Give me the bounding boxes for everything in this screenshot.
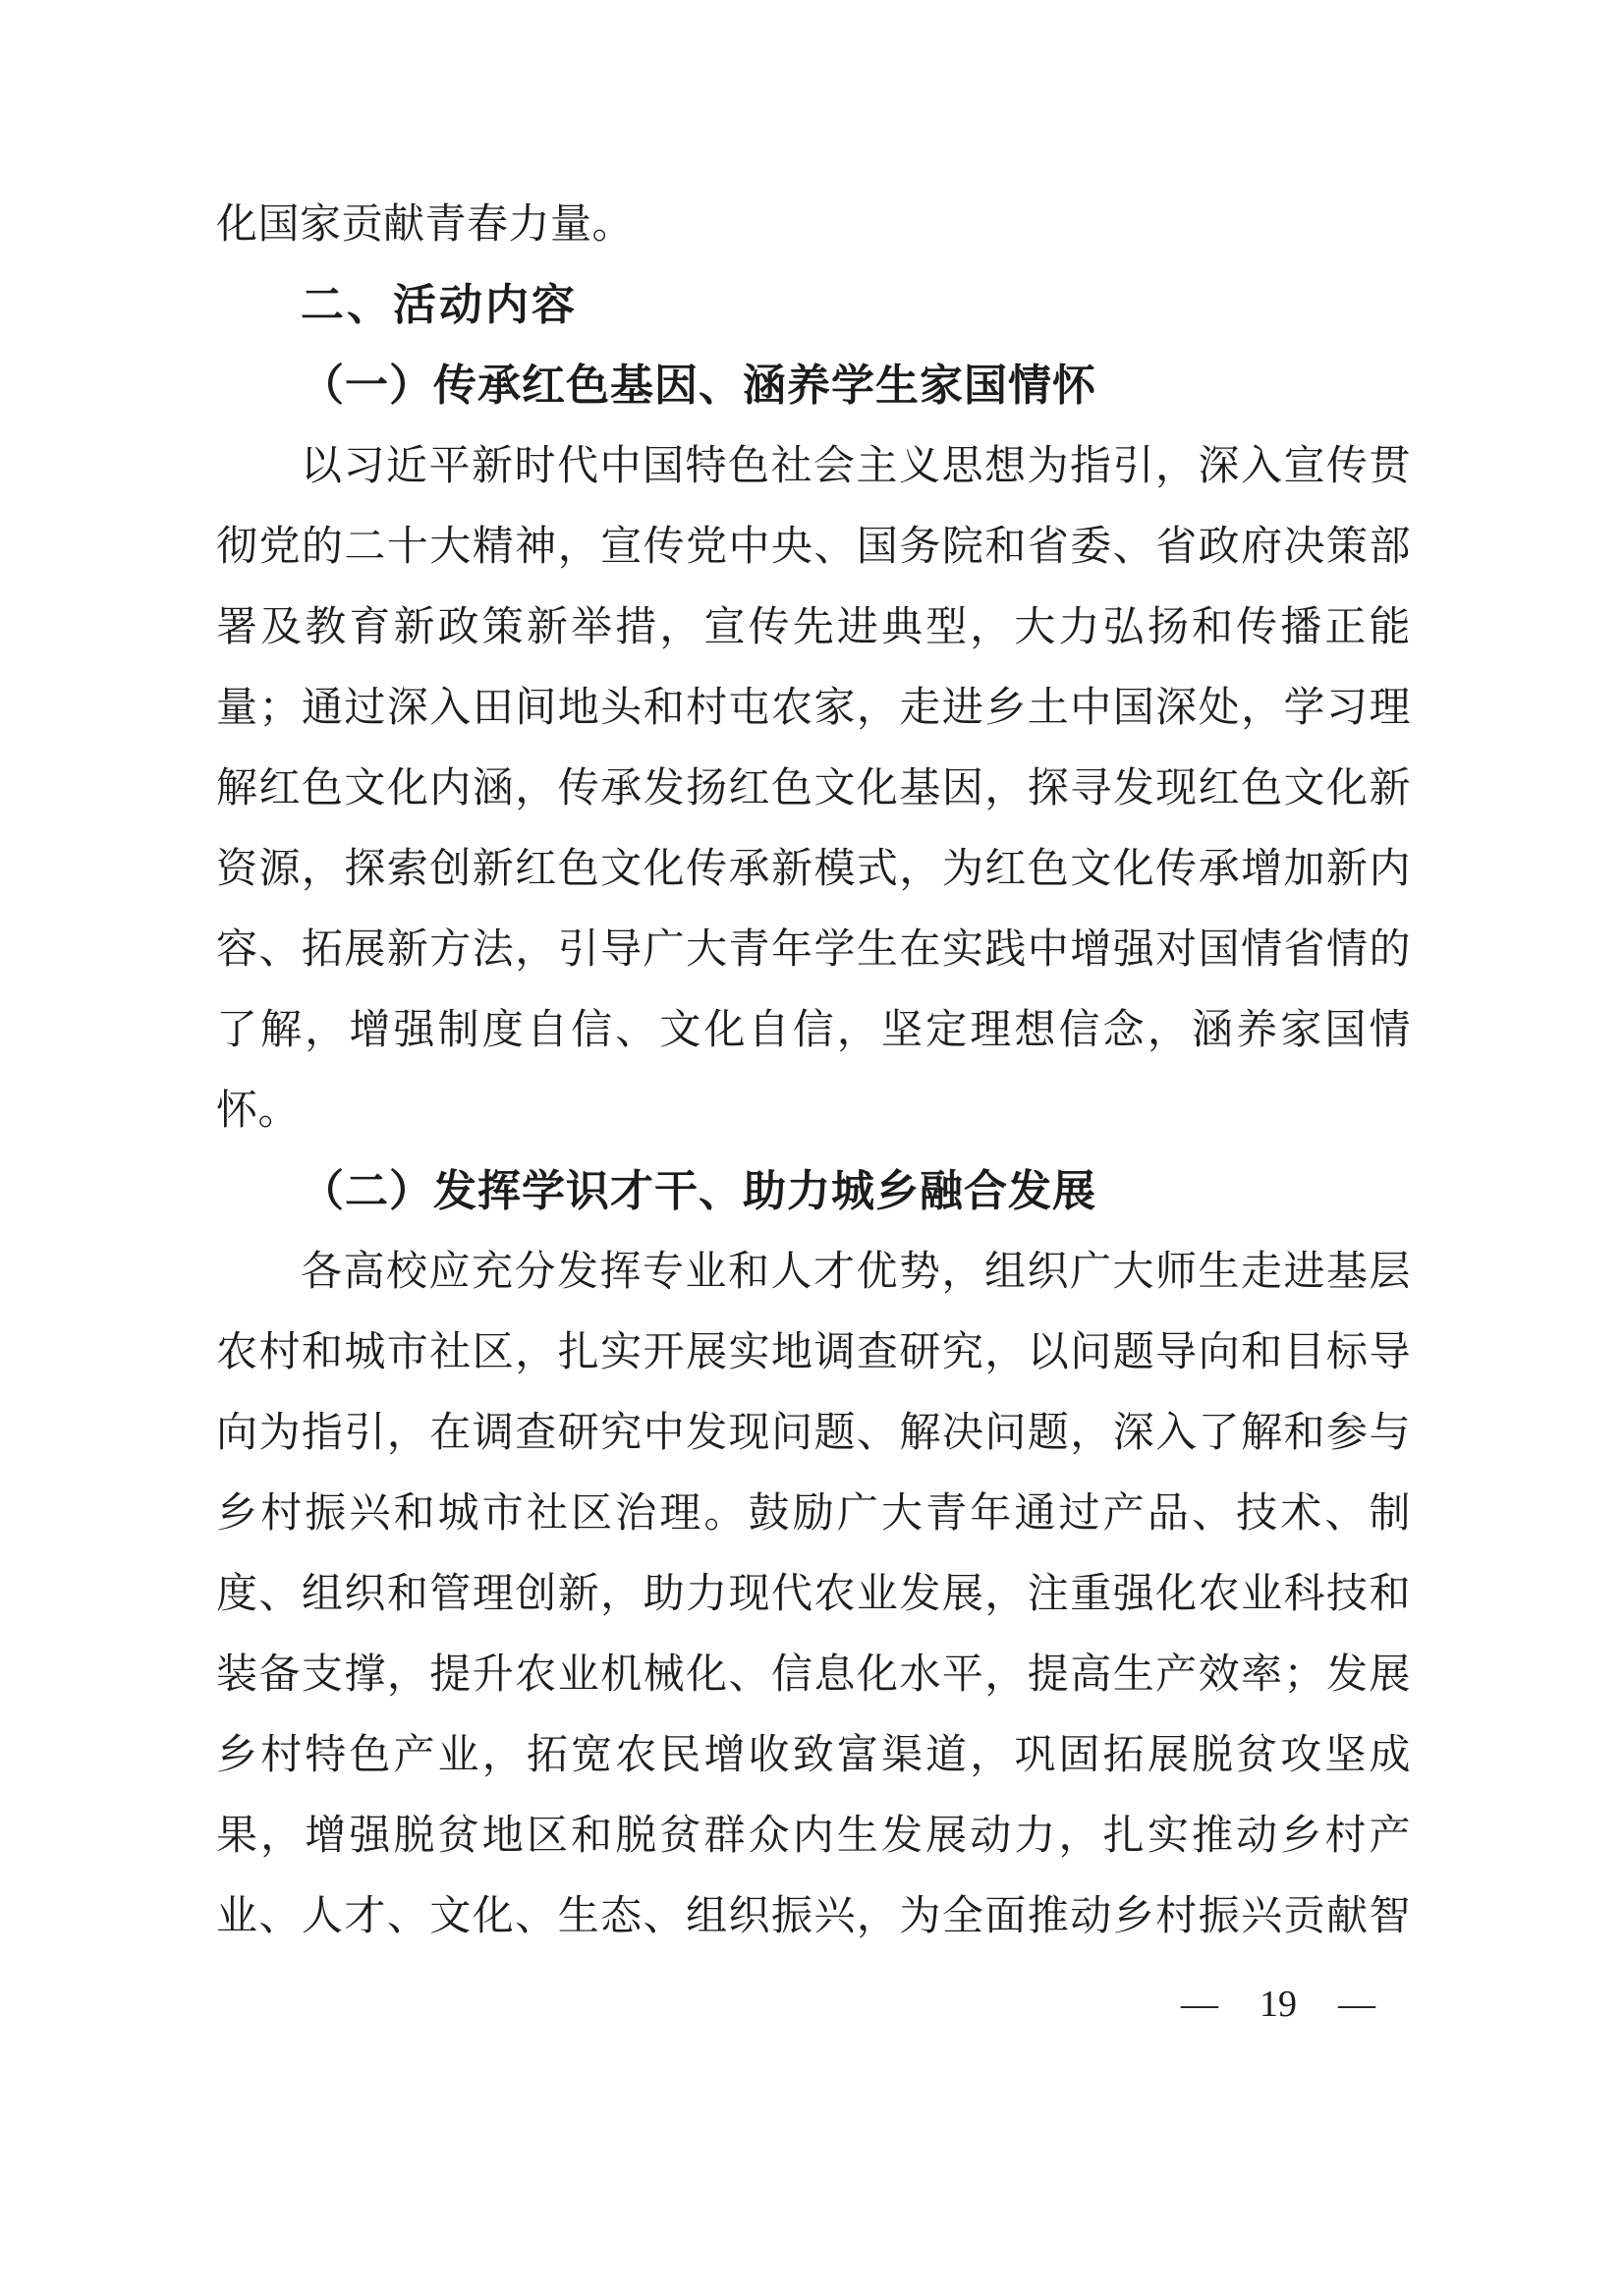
subsection-heading: （二）发挥学识才干、助力城乡融合发展: [216, 1151, 1411, 1232]
section-heading: 二、活动内容: [216, 265, 1411, 346]
text-line: 化国家贡献青春力量。: [216, 185, 1411, 265]
document-page: 化国家贡献青春力量。二、活动内容（一）传承红色基因、涵养学生家国情怀以习近平新时…: [0, 0, 1624, 2295]
subsection-heading: （一）传承红色基因、涵养学生家国情怀: [216, 346, 1411, 426]
text-line: 乡村特色产业，拓宽农民增收致富渠道，巩固拓展脱贫攻坚成: [216, 1715, 1411, 1796]
text-line: 解红色文化内涵，传承发扬红色文化基因，探寻发现红色文化新: [216, 749, 1411, 829]
text-line: 果，增强脱贫地区和脱贫群众内生发展动力，扎实推动乡村产: [216, 1796, 1411, 1876]
text-line: 署及教育新政策新举措，宣传先进典型，大力弘扬和传播正能: [216, 588, 1411, 668]
text-line: 量；通过深入田间地头和村屯农家，走进乡土中国深处，学习理: [216, 668, 1411, 749]
page-footer: — 19 —: [1181, 1973, 1375, 2036]
text-line: 农村和城市社区，扎实开展实地调查研究，以问题导向和目标导: [216, 1313, 1411, 1393]
text-line: 资源，探索创新红色文化传承新模式，为红色文化传承增加新内: [216, 829, 1411, 910]
text-line: 各高校应充分发挥专业和人才优势，组织广大师生走进基层: [216, 1232, 1411, 1313]
footer-right-dash: —: [1338, 1983, 1375, 2026]
text-line: 乡村振兴和城市社区治理。鼓励广大青年通过产品、技术、制: [216, 1474, 1411, 1554]
text-line: 容、拓展新方法，引导广大青年学生在实践中增强对国情省情的: [216, 910, 1411, 990]
footer-left-dash: —: [1181, 1983, 1218, 2026]
text-line: 度、组织和管理创新，助力现代农业发展，注重强化农业科技和: [216, 1554, 1411, 1635]
text-line: 了解，增强制度自信、文化自信，坚定理想信念，涵养家国情: [216, 990, 1411, 1071]
text-line: 以习近平新时代中国特色社会主义思想为指引，深入宣传贯: [216, 426, 1411, 507]
text-line: 向为指引，在调查研究中发现问题、解决问题，深入了解和参与: [216, 1393, 1411, 1474]
page-number: 19: [1260, 1983, 1297, 2026]
text-line: 彻党的二十大精神，宣传党中央、国务院和省委、省政府决策部: [216, 507, 1411, 588]
document-content: 化国家贡献青春力量。二、活动内容（一）传承红色基因、涵养学生家国情怀以习近平新时…: [216, 185, 1411, 1957]
text-line: 怀。: [216, 1071, 1411, 1151]
text-line: 装备支撑，提升农业机械化、信息化水平，提高生产效率；发展: [216, 1635, 1411, 1715]
text-line: 业、人才、文化、生态、组织振兴，为全面推动乡村振兴贡献智: [216, 1876, 1411, 1957]
